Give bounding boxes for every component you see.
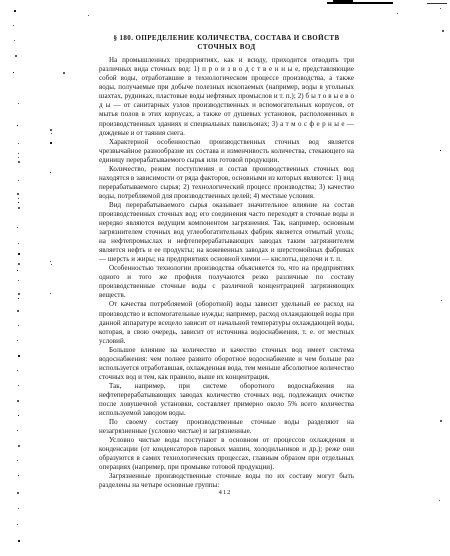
scan-line-artifact <box>333 0 353 4</box>
paragraph: Так, например, при системе оборотного во… <box>99 382 354 418</box>
scan-speck <box>50 129 52 131</box>
scan-speck <box>51 133 52 134</box>
scan-speck <box>18 385 19 386</box>
scan-speck <box>17 270 18 271</box>
scan-speck <box>397 13 398 14</box>
scan-speck <box>18 198 19 199</box>
scan-speck <box>18 540 20 542</box>
scan-speck <box>18 475 19 476</box>
scan-speck <box>50 142 52 144</box>
print-area: § 180. ОПРЕДЕЛЕНИЕ КОЛИЧЕСТВА, СОСТАВА И… <box>99 34 354 490</box>
scan-speck <box>441 300 442 301</box>
scan-speck <box>440 420 442 422</box>
scan-speck <box>18 298 19 299</box>
scan-speck <box>18 143 19 144</box>
scan-speck <box>13 25 14 26</box>
scan-speck <box>14 40 15 41</box>
scan-speck <box>50 261 51 262</box>
section-heading-line1: § 180. ОПРЕДЕЛЕНИЕ КОЛИЧЕСТВА, СОСТАВА И… <box>99 34 354 43</box>
scan-speck <box>18 253 20 255</box>
scan-speck <box>18 508 19 509</box>
scan-speck <box>440 8 441 9</box>
scan-speck <box>18 180 19 181</box>
scan-speck <box>63 72 65 74</box>
scan-speck <box>18 161 20 163</box>
scan-speck <box>17 193 19 195</box>
paragraph: Большое влияние на количество и качество… <box>99 346 354 382</box>
section-heading: § 180. ОПРЕДЕЛЕНИЕ КОЛИЧЕСТВА, СОСТАВА И… <box>99 34 354 51</box>
scan-speck <box>439 500 440 501</box>
scan-speck <box>18 445 20 447</box>
scan-speck <box>17 430 18 431</box>
scan-speck <box>442 30 444 32</box>
scan-speck <box>18 355 20 357</box>
section-heading-line2: СТОЧНЫХ ВОД <box>99 43 354 52</box>
scan-speck <box>17 310 19 312</box>
scan-speck <box>51 264 52 265</box>
scan-speck <box>18 202 19 203</box>
paragraph: Количество, режим поступления и состав п… <box>99 165 354 201</box>
scan-speck <box>18 157 19 158</box>
scan-speck <box>18 153 19 154</box>
scan-speck <box>18 207 20 209</box>
scan-speck <box>17 460 18 461</box>
body-text: На промышленных предприятиях, как и всюд… <box>99 56 354 490</box>
scan-line-artifact <box>427 3 447 4</box>
scan-speck <box>17 370 18 371</box>
scan-speck <box>18 415 19 416</box>
paragraph: По своему составу производственные сточн… <box>99 418 354 436</box>
scan-speck <box>18 280 19 281</box>
scan-speck <box>13 72 14 73</box>
scan-speck <box>15 55 17 57</box>
scan-speck <box>88 15 89 16</box>
paragraph: От качества потребляемой (оборотной) вод… <box>99 300 354 345</box>
paragraph: Условно чистые воды поступают в основном… <box>99 436 354 472</box>
scan-speck <box>17 227 18 228</box>
scan-speck <box>18 103 19 104</box>
paragraph: На промышленных предприятиях, как и всюд… <box>99 56 354 137</box>
scan-speck <box>17 400 19 402</box>
scan-speck <box>18 325 19 326</box>
scan-speck <box>17 340 18 341</box>
scan-speck <box>14 10 16 12</box>
scan-speck <box>440 150 441 151</box>
paragraph: Загрязненные производственные сточные во… <box>99 472 354 490</box>
scan-speck <box>17 125 18 126</box>
scanned-book-page: § 180. ОПРЕДЕЛЕНИЕ КОЛИЧЕСТВА, СОСТАВА И… <box>0 0 450 556</box>
page-number: 412 <box>0 489 450 496</box>
scan-speck <box>18 293 20 295</box>
scan-speck <box>17 492 19 494</box>
scan-speck <box>18 263 20 265</box>
paragraph: Характерной особенностью производственны… <box>99 138 354 165</box>
scan-speck <box>17 524 18 525</box>
scan-speck <box>50 293 51 294</box>
scan-speck <box>18 243 19 244</box>
paragraph: Вид перерабатываемого сырья оказывает зн… <box>99 201 354 264</box>
scan-speck <box>50 172 51 173</box>
paragraph: Особенностью технологии производства объ… <box>99 264 354 300</box>
